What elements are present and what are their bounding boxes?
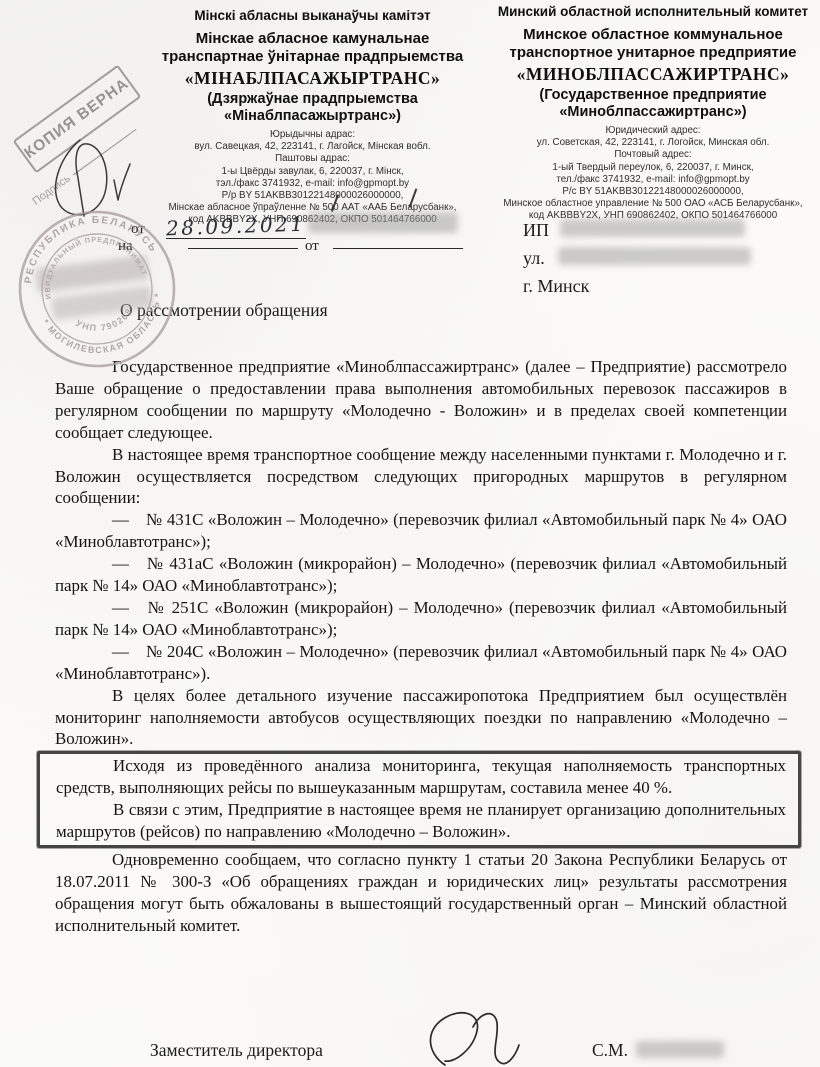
address-line: тэл./факс 3741932, e-mail: info@gpmopt.b… <box>135 178 490 190</box>
header-left-block: Мінскі абласны выканаўчы камітэт Мінскае… <box>135 8 490 227</box>
address-block-ru: Юридический адрес:ул. Советская, 42, 223… <box>488 125 818 223</box>
body-paragraph: В настоящее время транспортное сообщение… <box>55 444 787 510</box>
body-paragraph: В связи с этим, Предприятие в настоящее … <box>56 799 786 843</box>
org-line: Мінскае абласное камунальнае <box>135 30 490 48</box>
body-paragraph: — № 431С «Воложин – Молодечно» (перевозч… <box>55 509 787 553</box>
address-line: Паштовы адрас: <box>135 153 490 165</box>
address-line: Минское областное управление № 500 ОАО «… <box>488 198 818 210</box>
body-paragraph: Одновременно сообщаем, что согласно пунк… <box>55 849 787 937</box>
ref-blank-2 <box>333 228 463 249</box>
redacted-recipient-name <box>560 219 745 237</box>
address-line: Р/с BY 51AKBB30122148000026000000, <box>488 186 818 198</box>
org-sub-line: «Миноблпассажиртранс») <box>488 104 818 121</box>
address-line: Р/р BY 51AKBB30122148000026000000, <box>135 190 490 202</box>
signer-initials: С.М. <box>592 1040 628 1061</box>
org-line: транспортное унитарное предприятие <box>488 44 818 62</box>
org-subname-ru: (Государственное предприятие«Миноблпасса… <box>488 87 818 120</box>
committee-name-by: Мінскі абласны выканаўчы камітэт <box>135 8 490 24</box>
address-line: Юридический адрес: <box>488 125 818 137</box>
org-name-ru: «МИНОБЛПАССАЖИРТРАНС» <box>488 64 818 85</box>
ref-ot-label: от <box>305 238 319 255</box>
org-subname-by: (Дзяржаўнае прадпрыемства«Мінаблпасажырт… <box>135 91 490 124</box>
org-sub-line: «Мінаблпасажыртранс») <box>135 108 490 125</box>
body-paragraph: — № 204С «Воложин – Молодечно» (перевозч… <box>55 641 787 685</box>
address-line: Юрыдычны адрас: <box>135 129 490 141</box>
signer-title: Заместитель директора <box>150 1040 323 1061</box>
redacted-signer-surname <box>636 1041 724 1058</box>
recipient-ip-prefix: ИП <box>523 220 549 240</box>
org-description-ru: Минское областное коммунальноетранспортн… <box>488 26 818 61</box>
header-right-block: Минский областной исполнительный комитет… <box>488 4 818 223</box>
org-description-by: Мінскае абласное камунальнаетранспартнае… <box>135 30 490 65</box>
director-signature-scribble <box>415 1005 535 1067</box>
org-name-by: «МІНАБЛПАСАЖЫРТРАНС» <box>135 68 490 89</box>
address-line: вул. Савецкая, 42, 223141, г. Лагойск, М… <box>135 141 490 153</box>
address-line: ул. Советская, 42, 223141, г. Логойск, М… <box>488 137 818 149</box>
scanned-letter-page: Мінскі абласны выканаўчы камітэт Мінскае… <box>0 0 820 1067</box>
recipient-street-prefix: ул. <box>523 248 545 268</box>
body-paragraph: Исходя из проведённого анализа мониторин… <box>56 755 786 799</box>
org-sub-line: (Государственное предприятие <box>488 87 818 104</box>
round-entrepreneur-stamp: РЕСПУБЛИКА БЕЛАРУСЬ * МОГИЛЕВСКАЯ ОБЛАСТ… <box>8 205 186 373</box>
org-sub-line: (Дзяржаўнае прадпрыемства <box>135 91 490 108</box>
ref-blank-1 <box>188 228 298 249</box>
recipient-city: г. Минск <box>523 276 589 296</box>
body-paragraph: В целях более детального изучение пассаж… <box>55 685 787 751</box>
letter-body: Государственное предприятие «Миноблпасса… <box>55 356 787 937</box>
org-line: Минское областное коммунальное <box>488 26 818 44</box>
highlight-box: Исходя из проведённого анализа мониторин… <box>37 751 801 848</box>
address-line: Почтовый адрес: <box>488 149 818 161</box>
address-line: 1-ы Цвёрды завулак, 6, 220037, г. Мінск, <box>135 166 490 178</box>
body-paragraph: — № 251С «Воложин (микрорайон) – Молодеч… <box>55 597 787 641</box>
address-line: 1-ый Твердый переулок, 6, 220037, г. Мин… <box>488 162 818 174</box>
committee-name-ru: Минский областной исполнительный комитет <box>488 4 818 20</box>
address-line: тел./факс 3741932, e-mail: info@gpmopt.b… <box>488 174 818 186</box>
org-line: транспартнае ўнітарнае прадпрыемства <box>135 48 490 66</box>
redacted-recipient-address <box>558 247 751 265</box>
body-paragraph: — № 431аС «Воложин (микрорайон) – Молоде… <box>55 553 787 597</box>
